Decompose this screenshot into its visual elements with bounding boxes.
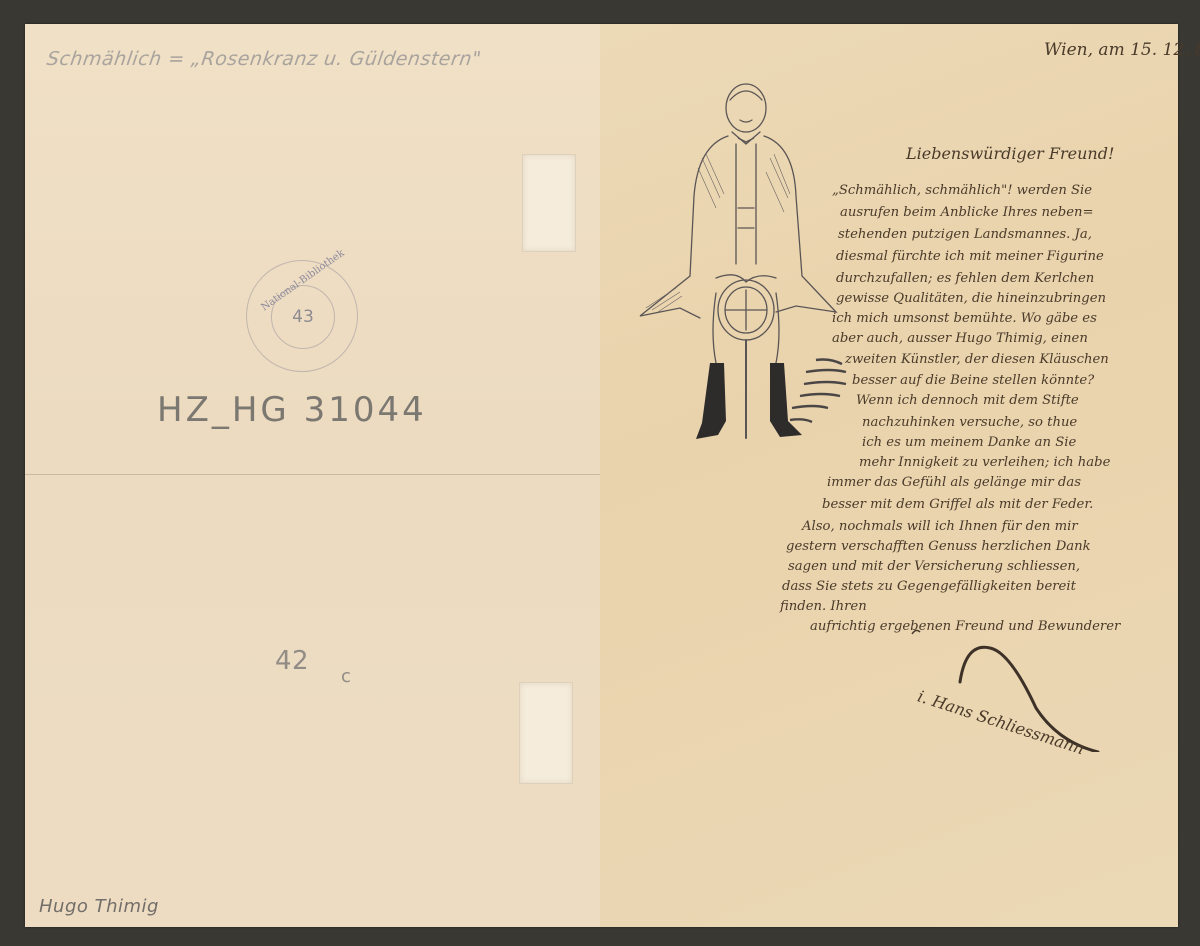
- body-line: gewisse Qualitäten, die hineinzubringen: [836, 292, 1106, 305]
- fold-line-horizontal: [25, 474, 600, 475]
- body-line: aber auch, ausser Hugo Thimig, einen: [832, 332, 1088, 345]
- body-line: immer das Gefühl als gelänge mir das: [827, 476, 1081, 489]
- body-line: diesmal fürchte ich mit meiner Figurine: [836, 250, 1104, 263]
- stamp-number: 43: [271, 285, 335, 349]
- archive-id: HZ_HG 31044: [157, 390, 427, 430]
- body-line: zweiten Künstler, der diesen Kläuschen: [845, 353, 1109, 366]
- body-line: Wenn ich dennoch mit dem Stifte: [856, 394, 1079, 407]
- body-line: ich mich umsonst bemühte. Wo gäbe es: [832, 312, 1097, 325]
- body-line: ausrufen beim Anblicke Ihres neben=: [840, 206, 1094, 219]
- body-line: sagen und mit der Versicherung schliesse…: [788, 560, 1080, 573]
- letter-sheet: Schmählich = „Rosenkranz u. Güldenstern"…: [25, 24, 1178, 927]
- body-line: Also, nochmals will ich Ihnen für den mi…: [802, 520, 1078, 533]
- tape-strip-bottom: [519, 682, 573, 784]
- library-stamp: National-Bibliothek 43: [246, 260, 358, 372]
- dateline: Wien, am 15. 12. 87: [1044, 42, 1200, 59]
- body-line: besser auf die Beine stellen könnte?: [852, 374, 1094, 387]
- folio-number: 42: [275, 646, 309, 676]
- body-line: mehr Innigkeit zu verleihen; ich habe: [859, 456, 1110, 469]
- salutation: Liebenswürdiger Freund!: [906, 146, 1114, 162]
- right-page: Wien, am 15. 12. 87 Liebenswürdiger Freu…: [600, 24, 1178, 927]
- body-line: ich es um meinem Danke an Sie: [862, 436, 1076, 449]
- body-line: „Schmählich, schmählich"! werden Sie: [832, 184, 1092, 197]
- body-line: gestern verschafften Genuss herzlichen D…: [786, 540, 1091, 553]
- body-line: stehenden putzigen Landsmannes. Ja,: [838, 228, 1092, 241]
- folio-suffix: c: [341, 666, 351, 687]
- pencil-note-top: Schmählich = „Rosenkranz u. Güldenstern": [45, 48, 482, 70]
- pencil-note-bottom: Hugo Thimig: [39, 896, 159, 917]
- body-line: dass Sie stets zu Gegengefälligkeiten be…: [782, 580, 1076, 593]
- body-line: durchzufallen; es fehlen dem Kerlchen: [836, 272, 1094, 285]
- left-page: Schmählich = „Rosenkranz u. Güldenstern"…: [25, 24, 600, 927]
- body-line: nachzuhinken versuche, so thue: [862, 416, 1077, 429]
- body-line: finden. Ihren: [780, 600, 867, 613]
- tape-strip-top: [522, 154, 576, 252]
- body-line: besser mit dem Griffel als mit der Feder…: [822, 498, 1093, 511]
- figure-sketch-icon: [636, 78, 856, 468]
